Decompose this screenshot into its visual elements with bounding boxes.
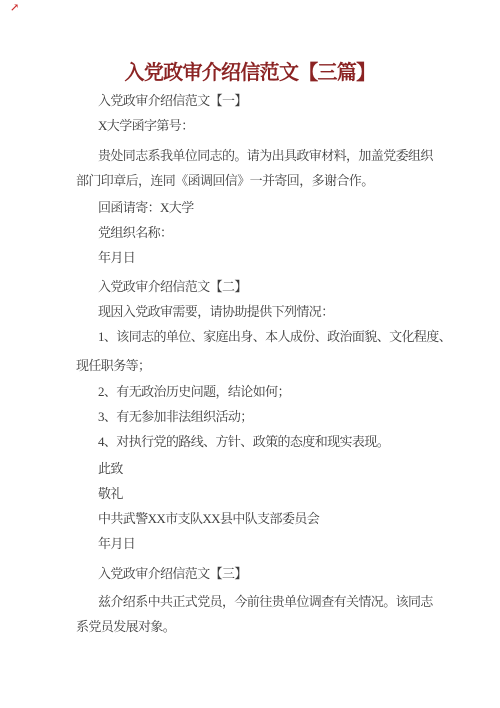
doc-line-org-name: 党组织名称： (76, 220, 460, 245)
doc-line-item-3: 3、有无参加非法组织活动； (76, 404, 460, 429)
doc-line-section3-heading: 入党政审介绍信范文【三】 (76, 561, 460, 586)
doc-line-date: 年月日 (76, 245, 460, 270)
doc-line-reply-address: 回函请寄：X大学 (76, 195, 460, 220)
doc-line: 兹介绍系中共正式党员，今前往贵单位调查有关情况。该同志 (76, 589, 460, 614)
doc-line-item-4: 4、对执行党的路线、方针、政策的态度和现实表现。 (76, 429, 460, 454)
doc-line-date: 年月日 (76, 531, 460, 556)
doc-line-item-2: 2、有无政治历史问题，结论如何； (76, 379, 460, 404)
document-body: 入党政审介绍信范文【一】 X大学函字第号： 贵处同志系我单位同志的。请为出具政审… (0, 88, 500, 639)
doc-line-committee: 中共武警XX市支队XX县中队支部委员会 (76, 506, 460, 531)
doc-line-section1-heading: 入党政审介绍信范文【一】 (76, 88, 460, 113)
doc-line-letter-number: X大学函字第号： (76, 113, 460, 138)
doc-line-section2-heading: 入党政审介绍信范文【二】 (76, 274, 460, 299)
corner-mark-icon: ↗ (10, 2, 19, 14)
page-title: 入党政审介绍信范文【三篇】 (0, 58, 500, 88)
doc-line-closing: 此致 (76, 456, 460, 481)
doc-line-salute: 敬礼 (76, 481, 460, 506)
doc-line: 系党员发展对象。 (76, 614, 460, 639)
document-page: ↗ 入党政审介绍信范文【三篇】 入党政审介绍信范文【一】 X大学函字第号： 贵处… (0, 0, 500, 708)
doc-line-item-1: 1、该同志的单位、家庭出身、本人成份、政治面貌、文化程度、 (76, 324, 460, 349)
doc-line: 现因入党政审需要，请协助提供下列情况： (76, 299, 460, 324)
doc-line: 贵处同志系我单位同志的。请为出具政审材料，加盖党委组织 (76, 143, 460, 168)
doc-line: 现任职务等； (76, 353, 460, 378)
doc-line: 部门印章后，连同《函调回信》一并寄回，多谢合作。 (76, 168, 460, 193)
